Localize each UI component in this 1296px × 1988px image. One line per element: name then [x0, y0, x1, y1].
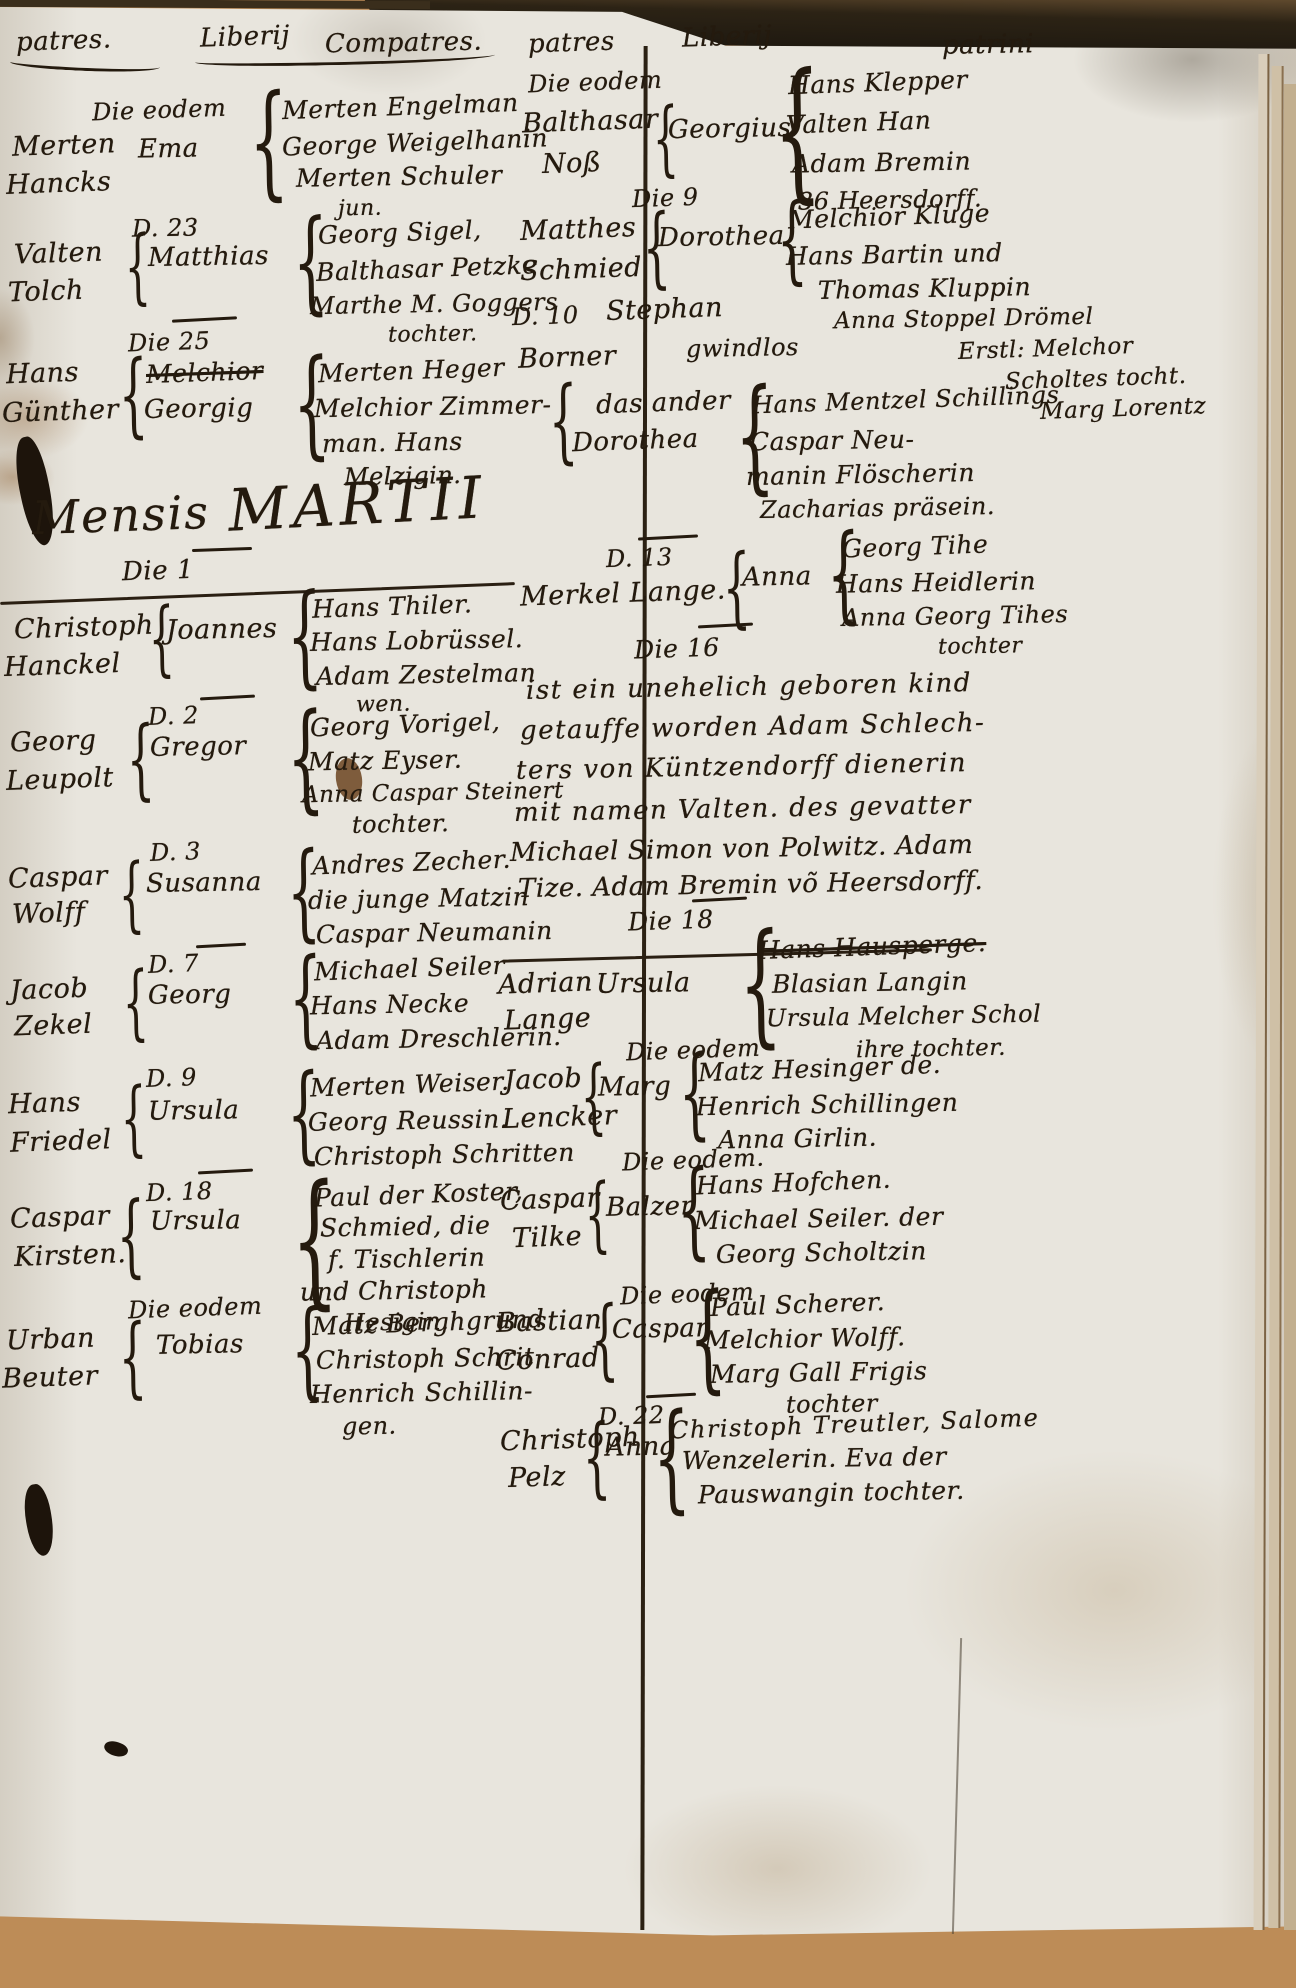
child-name: Marg — [598, 1071, 672, 1102]
father-name: Hancks — [5, 166, 111, 201]
godparent-name: Christoph Schritten — [314, 1138, 575, 1172]
entry-date: D. 3 — [150, 837, 202, 867]
father-name: Schmied — [519, 252, 642, 287]
child-name: Ursula — [148, 1095, 240, 1127]
father-name: Lange — [503, 1002, 591, 1036]
entry-brace: { — [120, 1080, 147, 1157]
godparent-name: jun. — [338, 196, 383, 222]
godparent-name: Caspar Neumanin — [316, 916, 553, 949]
father-name: Merten — [11, 128, 116, 163]
godparent-name: Melchior Wolff. — [704, 1322, 906, 1355]
page-stack-edge — [1284, 84, 1296, 1930]
godparent-name: Caspar Neu- — [750, 425, 915, 457]
father-name: Jacob — [503, 1063, 582, 1097]
godparent-name: Marg Gall Frigis — [710, 1356, 928, 1389]
godparent-name: Henrich Schillin- — [310, 1376, 533, 1409]
father-name: Adrian — [497, 966, 593, 1000]
father-name: Hans — [5, 357, 79, 391]
godparent-name: Georg Tihe — [842, 529, 989, 563]
father-name: Matthes — [519, 212, 636, 247]
godparent-name: Michael Seiler. der — [694, 1202, 944, 1235]
godparent-name: die junge Matzin — [308, 882, 530, 915]
godparent-name: Henrich Schillingen — [696, 1088, 959, 1122]
entry-date: D. 9 — [146, 1063, 198, 1093]
child-name: Georgig — [144, 393, 254, 425]
godparent-name: Schmied, die — [320, 1211, 491, 1243]
godparent-name: tochter — [938, 633, 1023, 659]
child-name: Ema — [138, 133, 199, 164]
entry-date: D. 13 — [606, 543, 674, 573]
godparent-name: Merten Schuler — [296, 160, 503, 193]
father-name: Caspar — [9, 1200, 110, 1234]
godparent-name: Hans Necke — [310, 989, 470, 1021]
godparent-name: manin Flöscherin — [746, 458, 975, 491]
child-name: Matthias — [148, 241, 269, 273]
column-header-liberi: Liberij — [200, 20, 291, 53]
child-name: Dorothea — [658, 221, 785, 253]
entry-brace: { — [118, 856, 145, 933]
godparent-name: Anna Georg Tihes — [842, 600, 1069, 632]
godparent-name: Georg Scholtzin — [716, 1236, 927, 1269]
child-name: Joannes — [166, 613, 278, 646]
entry-date: Die eodem — [128, 1292, 263, 1325]
godparent-name: Blasian Langin — [772, 966, 968, 998]
child-name: das ander — [596, 386, 732, 421]
father-name: Christoph — [14, 610, 155, 646]
month-heading-mensis: Mensis — [31, 485, 211, 545]
father-name: Conrad — [495, 1342, 600, 1377]
father-name: Stephan — [605, 292, 723, 327]
godparent-name: Thomas Kluppin — [818, 272, 1032, 305]
child-name-struck: Melchior — [146, 356, 264, 389]
godparent-name: f. Tischlerin — [328, 1243, 486, 1275]
godparent-name: tochter. — [388, 321, 478, 348]
father-name: Noß — [541, 147, 601, 180]
godparent-name: Ursula Melcher Schol — [766, 1000, 1042, 1033]
father-name: Bastian — [495, 1304, 602, 1339]
father-name: Tolch — [7, 275, 84, 309]
father-name: Leupolt — [5, 762, 114, 797]
father-name: Caspar — [7, 860, 108, 894]
godparent-name: Zacharias präsein. — [760, 492, 995, 524]
entry-date: Die 1 — [121, 555, 194, 587]
month-heading-martii: MARTII — [226, 463, 488, 544]
column-header-patres: patres. — [16, 24, 113, 57]
entry-date: D. 10 — [512, 301, 580, 331]
godparent-name: Hans Bartin und — [786, 238, 1003, 271]
father-name: Günther — [1, 394, 119, 429]
entry-date: Die 16 — [634, 633, 721, 665]
godparent-name: Anna Stoppel Drömel — [834, 304, 1094, 335]
godparent-name: Adam Bremin — [792, 146, 972, 178]
godparent-name: Georg Sigel, — [318, 215, 483, 250]
godparent-name: Adam Zestelman — [316, 658, 537, 691]
child-name: Gregor — [150, 731, 247, 763]
father-name: Zekel — [13, 1009, 92, 1043]
column-header-patrini: patrini — [942, 29, 1034, 61]
entry-date: Die eodem — [92, 94, 227, 127]
godparent-name: gen. — [342, 1412, 397, 1441]
entry-brace: { — [122, 964, 149, 1041]
godparent-name: Melchior Zimmer- — [314, 390, 552, 423]
godparent-name: Hans Lobrüssel. — [310, 624, 524, 657]
father-name: Wolff — [11, 897, 85, 931]
column-header-liberi: Liberij — [682, 20, 773, 53]
photo-of-register: { "glyphs": { "brace": "{" }, "page": { … — [0, 0, 1296, 1988]
godparent-name: man. Hans — [322, 427, 463, 458]
column-header-patres: patres — [528, 26, 616, 59]
godparent-name: Matz Eyser. — [308, 745, 463, 777]
father-name: Friedel — [9, 1124, 112, 1159]
entry-date: D. 7 — [148, 949, 200, 979]
entry-date: D. 18 — [146, 1177, 214, 1207]
child-name: Ursula — [150, 1205, 242, 1237]
father-name: Pelz — [507, 1461, 566, 1494]
father-name: Tilke — [511, 1221, 582, 1254]
father-name: Beuter — [1, 1360, 98, 1394]
child-name: Ursula — [596, 967, 691, 1000]
entry-brace: { — [118, 1316, 147, 1399]
godparent-name: Wenzelerin. Eva der — [682, 1442, 947, 1476]
entry-date: D. 2 — [148, 701, 200, 731]
godparent-name: und Christoph — [300, 1274, 488, 1306]
child-name: Georg — [148, 979, 232, 1010]
father-name: Balthasar — [522, 104, 659, 140]
entry-date: Die eodem — [528, 66, 663, 99]
godparent-name: Hans Thiler. — [312, 589, 473, 624]
godparent-name: Paul Scherer. — [710, 1287, 886, 1322]
father-name: Kirsten. — [13, 1238, 126, 1273]
godparent-name: Valten Han — [786, 105, 932, 139]
father-name: Georg — [9, 725, 97, 759]
entry-brace: { — [116, 1194, 146, 1279]
godparent-name: Pauswangin tochter. — [698, 1476, 965, 1510]
child-name: Susanna — [146, 867, 262, 899]
child-name: Dorothea — [572, 424, 700, 458]
father-name: Valten — [13, 236, 103, 270]
child-name: gwindlos — [686, 333, 799, 363]
godparent-name: Hans Heidlerin — [836, 566, 1037, 598]
child-name: Anna — [742, 561, 812, 592]
father-name: Urban — [5, 1322, 95, 1356]
father-name: Jacob — [9, 973, 88, 1007]
godparent-name: Georg Reussin. — [308, 1104, 509, 1136]
entry-date: Die 18 — [628, 905, 715, 937]
godparent-name: tochter. — [352, 809, 450, 839]
father-name: Hans — [7, 1087, 81, 1121]
child-name: Tobias — [156, 1329, 244, 1361]
father-name: Hanckel — [3, 648, 121, 683]
